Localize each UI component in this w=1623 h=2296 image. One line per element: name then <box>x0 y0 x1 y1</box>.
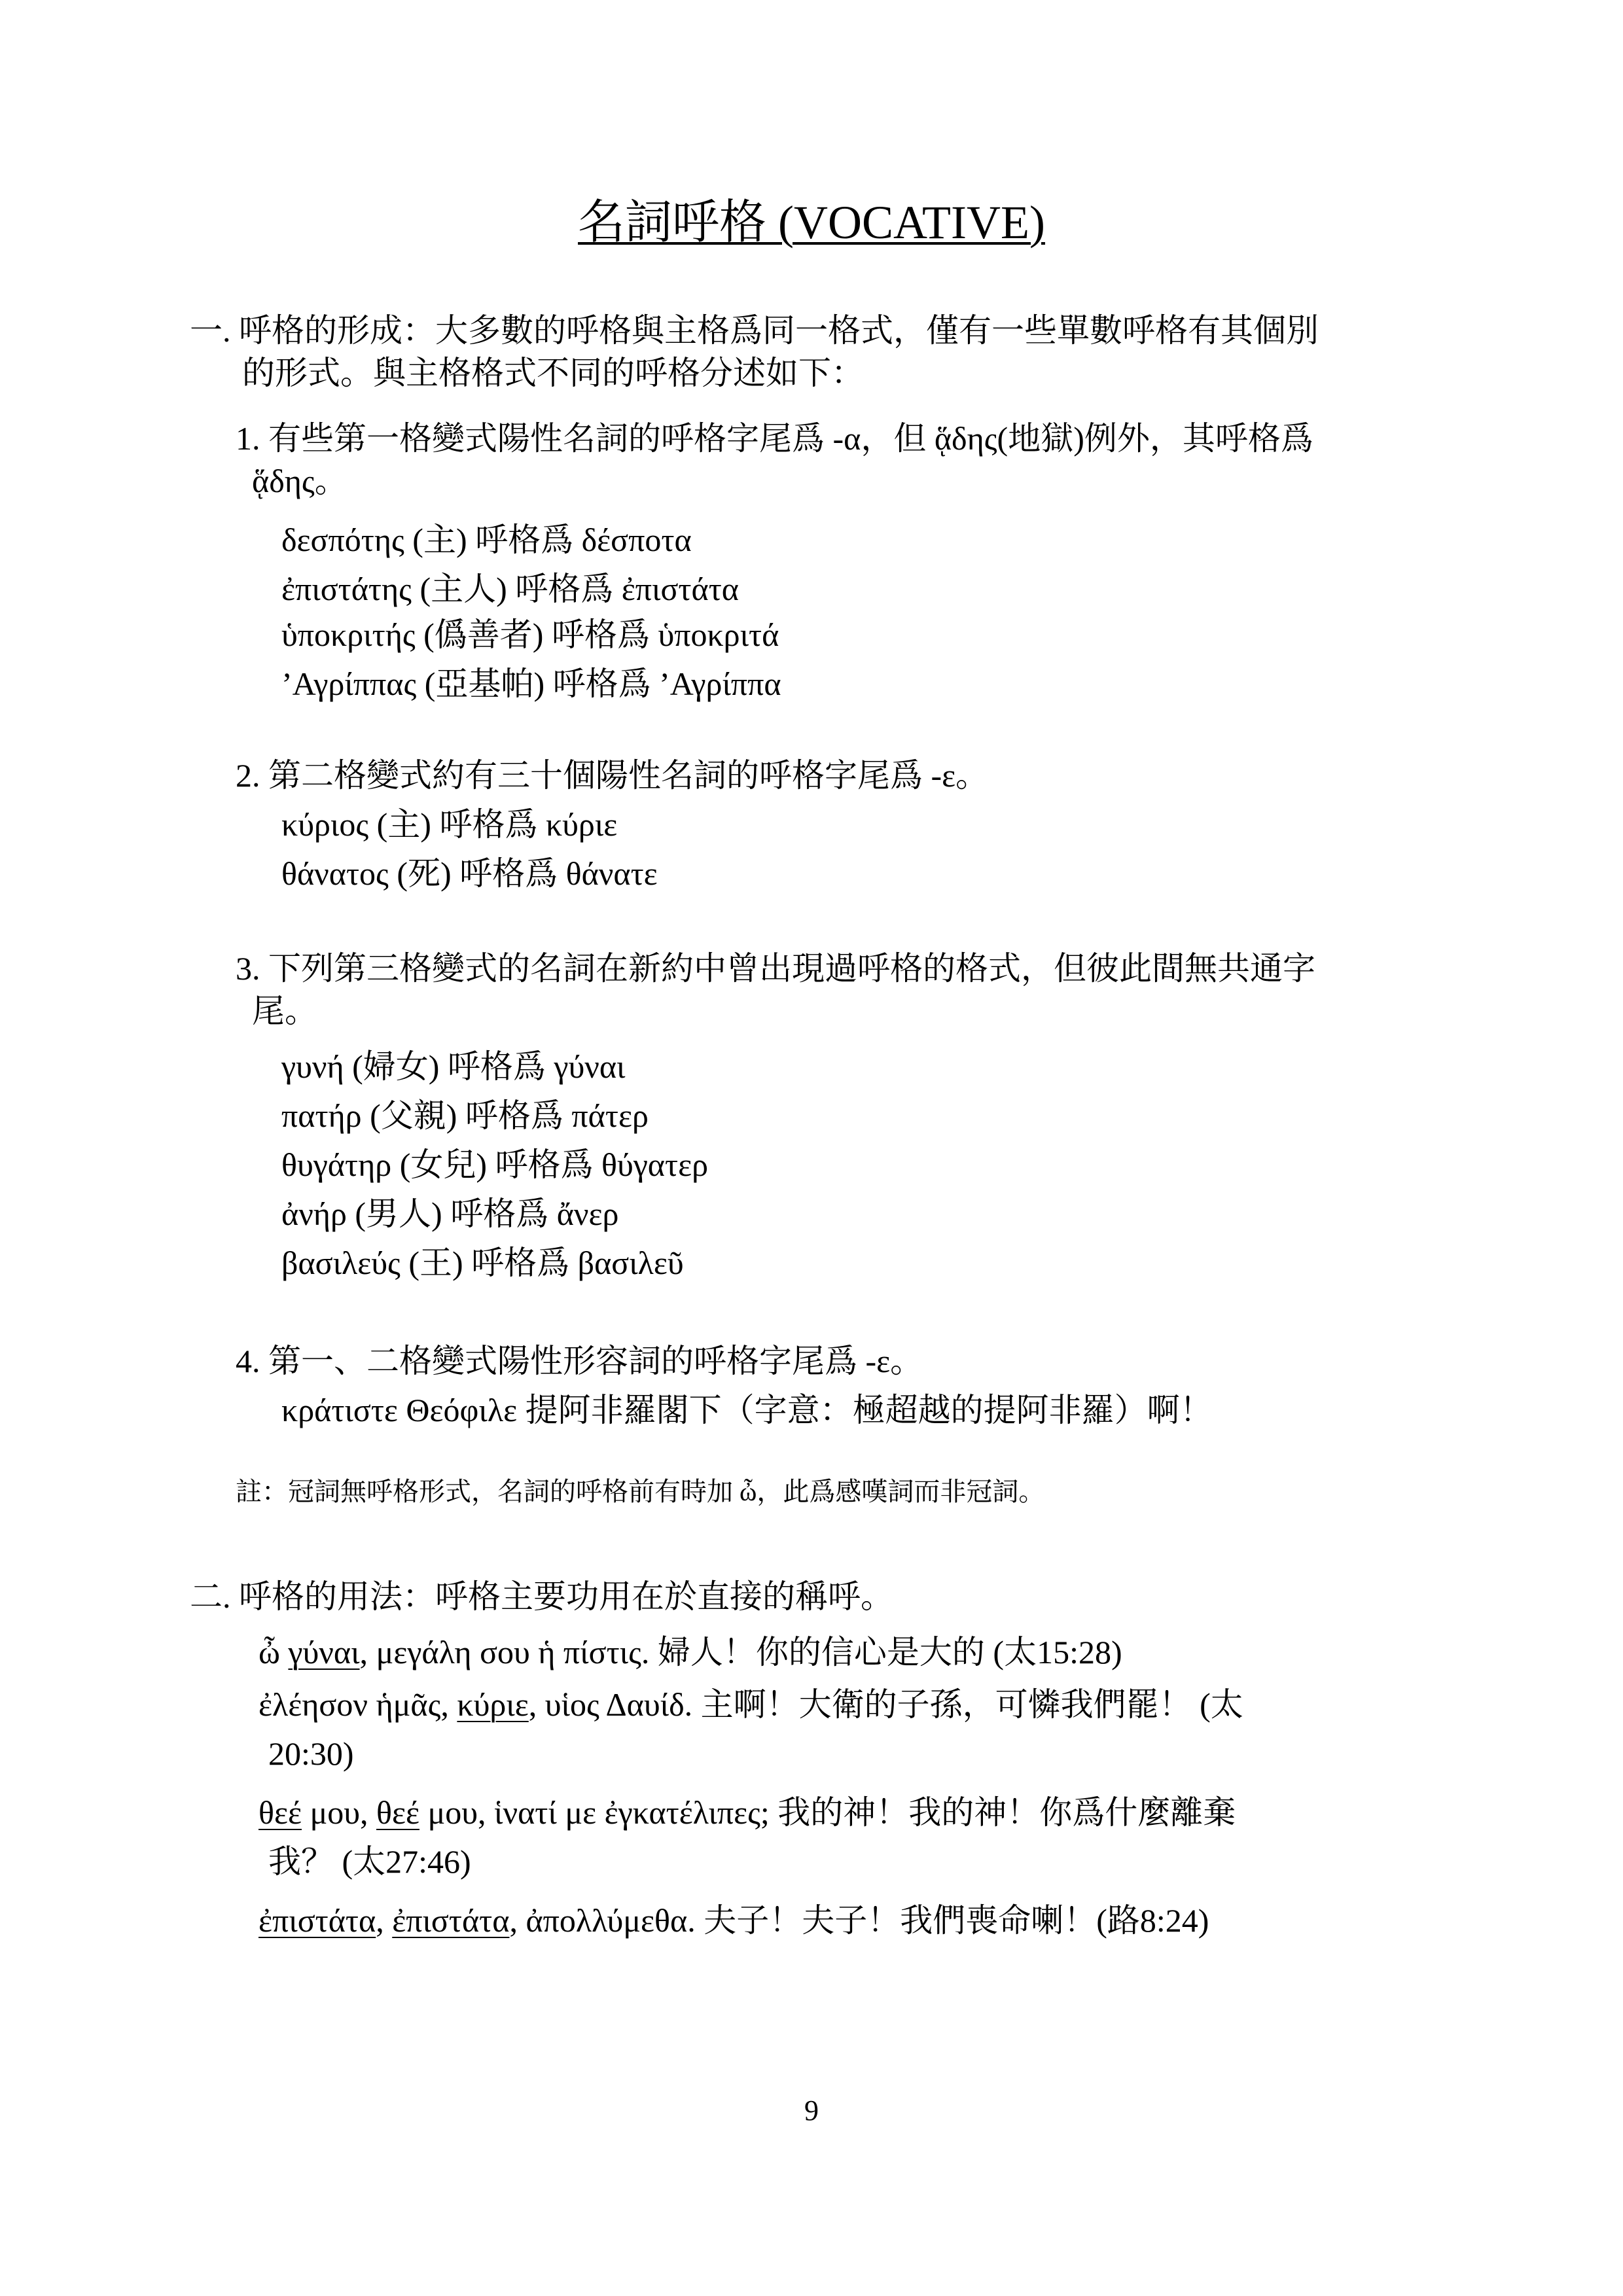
vocative-word: θεέ <box>259 1794 302 1831</box>
usage-example: θεέ μου, θεέ μου, ἱνατί με ἐγκατέλιπες; … <box>259 1790 1236 1835</box>
item1-example: ἐπιστάτης (主人) 呼格爲 ἐπιστάτα <box>281 566 739 612</box>
item3-example: γυνή (婦女) 呼格爲 γύναι <box>281 1044 626 1089</box>
vocative-word: θεέ <box>376 1794 419 1831</box>
usage-example-cont: 20:30) <box>268 1731 354 1776</box>
usage-example: ὦ γύναι, μεγάλη σου ἡ πίστις. 婦人！你的信心是大的… <box>259 1629 1122 1675</box>
item3-text-cont: 尾。 <box>252 988 317 1034</box>
page-number: 9 <box>0 2094 1623 2127</box>
item3-example: θυγάτηρ (女兒) 呼格爲 θύγατερ <box>281 1142 708 1188</box>
item3-example: ἀνήρ (男人) 呼格爲 ἄνερ <box>281 1191 618 1237</box>
usage-example-cont: 我？ (太27:46) <box>268 1839 471 1884</box>
vocative-word: γύναι <box>288 1634 359 1670</box>
usage-example: ἐπιστάτα, ἐπιστάτα, ἀπολλύμεθα. 夫子！夫子！我們… <box>259 1898 1209 1943</box>
section1-heading-cont: 的形式。與主格格式不同的呼格分述如下： <box>242 350 864 396</box>
item2-text: 2. 第二格變式約有三十個陽性名詞的呼格字尾爲 -ε。 <box>236 752 988 798</box>
item1-example: δεσπότης (主) 呼格爲 δέσποτα <box>281 517 692 563</box>
item1-example: ὑποκριτής (僞善者) 呼格爲 ὑποκριτά <box>281 612 779 658</box>
item2-example: κύριος (主) 呼格爲 κύριε <box>281 802 617 847</box>
document-page: 名詞呼格 (VOCATIVE) 一. 呼格的形成：大多數的呼格與主格爲同一格式，… <box>0 0 1623 2296</box>
vocative-word: ἐπιστάτα <box>259 1902 376 1939</box>
vocative-word: κύριε <box>457 1686 528 1723</box>
item3-example: πατήρ (父親) 呼格爲 πάτερ <box>281 1093 649 1139</box>
item1-text-cont: ᾅδης。 <box>252 458 348 504</box>
item4-example: κράτιστε Θεόφιλε 提阿非羅閣下（字意：極超越的提阿非羅）啊！ <box>281 1387 1213 1433</box>
vocative-word: ἐπιστάτα <box>392 1902 509 1939</box>
note-text: 註：冠詞無呼格形式，名詞的呼格前有時加 ὦ，此爲感嘆詞而非冠詞。 <box>236 1469 1044 1515</box>
usage-example: ἐλέησον ἡμᾶς, κύριε, υἱος Δαυίδ. 主啊！大衛的子… <box>259 1682 1243 1727</box>
item3-example: βασιλεύς (王) 呼格爲 βασιλεῦ <box>281 1240 684 1286</box>
section2-heading: 二. 呼格的用法：呼格主要功用在於直接的稱呼。 <box>190 1574 893 1619</box>
item4-text: 4. 第一、二格變式陽性形容詞的呼格字尾爲 -ε。 <box>236 1338 923 1384</box>
item3-text: 3. 下列第三格變式的名詞在新約中曾出現過呼格的格式，但彼此間無共通字 <box>236 945 1315 991</box>
item1-text: 1. 有些第一格變式陽性名詞的呼格字尾爲 -α，但 ᾅδης(地獄)例外，其呼格… <box>236 415 1313 461</box>
item1-example: ’Αγρίππας (亞基帕) 呼格爲 ’Αγρίππα <box>281 661 781 707</box>
item2-example: θάνατος (死) 呼格爲 θάνατε <box>281 851 658 896</box>
page-title: 名詞呼格 (VOCATIVE) <box>0 190 1623 255</box>
section1-heading: 一. 呼格的形成：大多數的呼格與主格爲同一格式，僅有一些單數呼格有其個別 <box>190 308 1319 353</box>
